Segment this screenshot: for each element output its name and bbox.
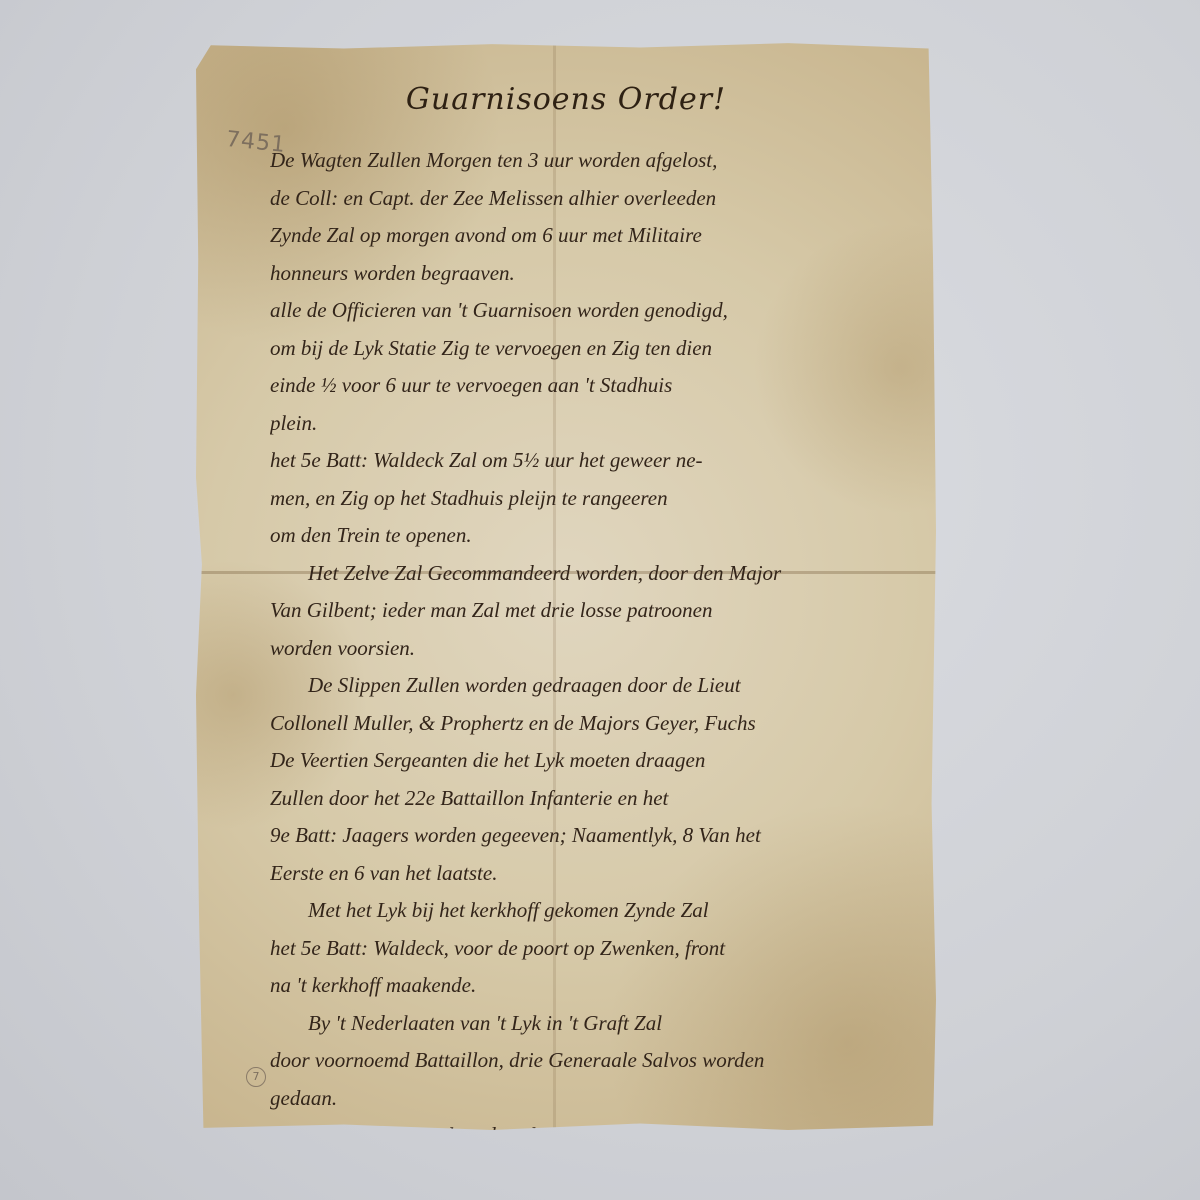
text-line: om bij de Lyk Statie Zig te vervoegen en…: [270, 330, 910, 368]
text-line: Met het Lyk bij het kerkhoff gekomen Zyn…: [270, 892, 910, 930]
text-line: na 't kerkhoff maakende.: [270, 967, 910, 1005]
text-line: Eerste en 6 van het laatste.: [270, 855, 910, 893]
text-line: door voornoemd Battaillon, drie Generaal…: [270, 1042, 910, 1080]
text-line: Van Gilbent; ieder man Zal met drie loss…: [270, 592, 910, 630]
text-line: 9e Batt: Jaagers worden gegeeven; Naamen…: [270, 817, 910, 855]
text-line: De Slippen Zullen worden gedraagen door …: [270, 667, 910, 705]
text-line: plein.: [270, 405, 910, 443]
text-line: men, en Zig op het Stadhuis pleijn te ra…: [270, 480, 910, 518]
text-line: Zynde Zal op morgen avond om 6 uur met M…: [270, 217, 910, 255]
text-line: het 5e Batt: Waldeck Zal om 5½ uur het g…: [270, 442, 910, 480]
text-line: om den Trein te openen.: [270, 517, 910, 555]
text-line: Collonell Muller, & Prophertz en de Majo…: [270, 705, 910, 743]
text-line: De Veertien Sergeanten die het Lyk moete…: [270, 742, 910, 780]
circled-page-mark: 7: [246, 1067, 266, 1087]
text-line: alle de Officieren van 't Guarnisoen wor…: [270, 292, 910, 330]
text-line: de Coll: en Capt. der Zee Melissen alhie…: [270, 180, 910, 218]
text-line: honneurs worden begraaven.: [270, 255, 910, 293]
text-line: het 5e Batt: Waldeck, voor de poort op Z…: [270, 930, 910, 968]
text-line: gedaan.: [270, 1080, 910, 1118]
manuscript-page: 7451 7 Guarnisoens Order! De Wagten Zull…: [196, 42, 936, 1130]
text-line: Zullen door het 22e Battaillon Infanteri…: [270, 780, 910, 818]
text-line: worden voorsien.: [270, 630, 910, 668]
text-line: De Wagten Zullen Morgen ten 3 uur worden…: [270, 142, 910, 180]
manuscript-body: De Wagten Zullen Morgen ten 3 uur worden…: [270, 142, 910, 1192]
text-line: By 't Nederlaaten van 't Lyk in 't Graft…: [270, 1005, 910, 1043]
document-title: Guarnisoens Order!: [196, 82, 936, 117]
text-line: einde ½ voor 6 uur te vervoegen aan 't S…: [270, 367, 910, 405]
text-line: Het Zelve Zal Gecommandeerd worden, door…: [270, 555, 910, 593]
